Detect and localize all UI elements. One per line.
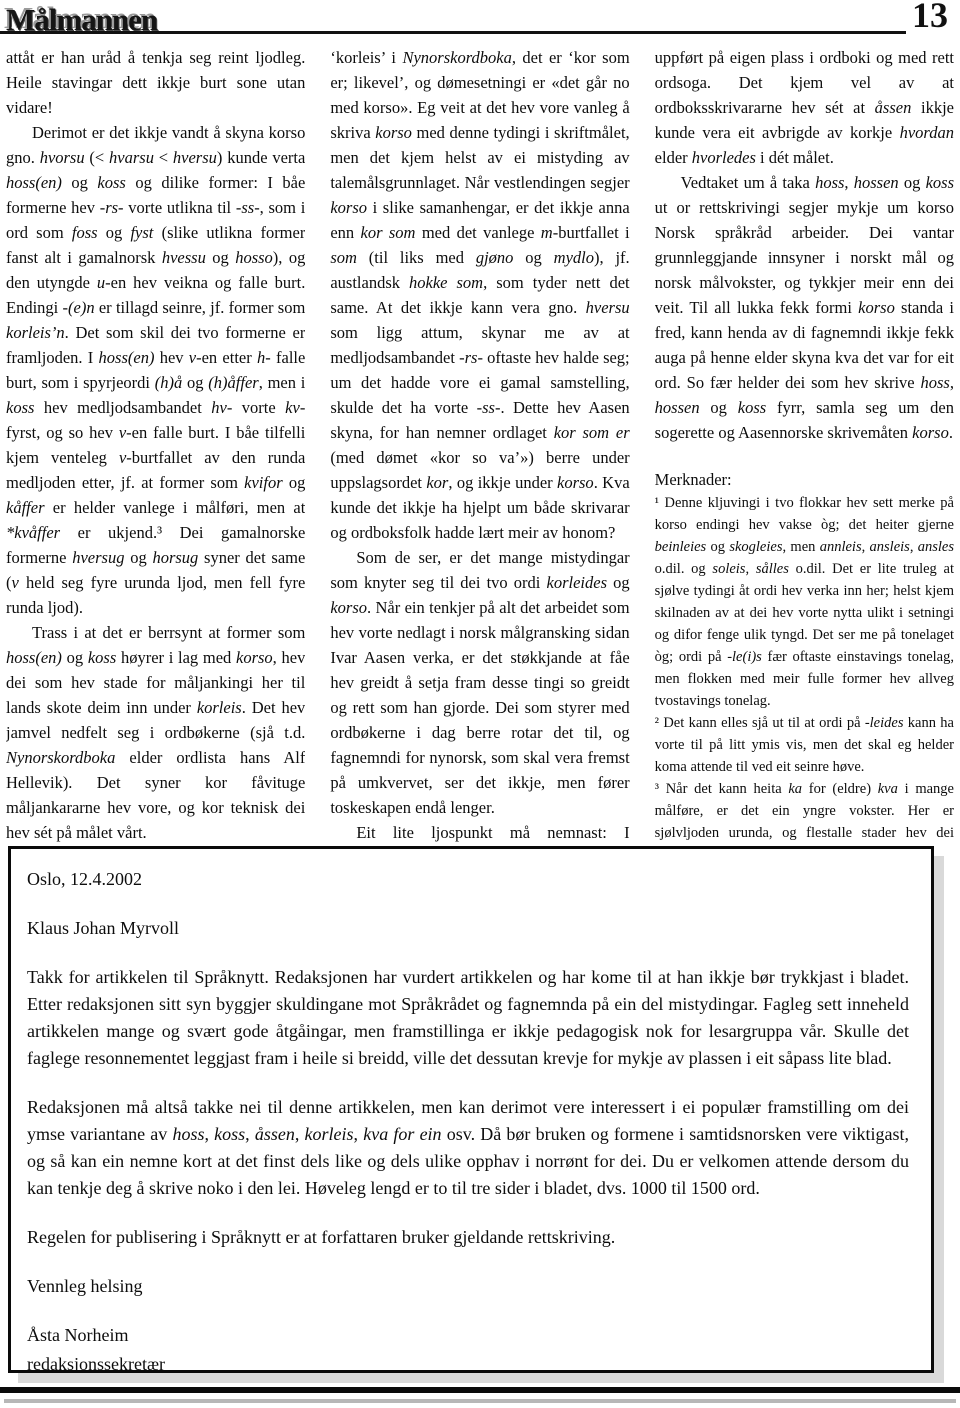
letter-signature-role: redaksjonssekretær bbox=[27, 1351, 909, 1373]
footnote: ³ Når det kann heita ka for (eldre) kva … bbox=[655, 778, 954, 843]
notes-heading: Merknader: bbox=[655, 467, 954, 492]
paragraph: Som de ser, er det mange mistydingar som… bbox=[330, 545, 629, 820]
rejection-letter-box: Oslo, 12.4.2002 Klaus Johan Myrvoll Takk… bbox=[8, 846, 934, 1373]
paragraph: Eit lite ljospunkt må nemnast: I Bokmåls… bbox=[330, 820, 629, 843]
letter-paragraph: Redaksjonen må altså takke nei til denne… bbox=[27, 1094, 909, 1202]
letter-closing: Vennleg helsing bbox=[27, 1273, 909, 1300]
paragraph: uppført på eigen plass i ordboki og med … bbox=[655, 45, 954, 170]
footer-divider-gray bbox=[4, 1399, 956, 1403]
article-body: attåt er han uråd å tenkja seg reint ljo… bbox=[6, 45, 954, 843]
paragraph: ‘korleis’ i Nynorskordboka, det er ‘kor … bbox=[330, 45, 629, 545]
paragraph: attåt er han uråd å tenkja seg reint ljo… bbox=[6, 45, 305, 120]
page-header: Målmannen 13 bbox=[0, 0, 960, 44]
footnote: ² Det kann elles sjå ut til at ordi på -… bbox=[655, 712, 954, 778]
footnote: ¹ Denne kljuvingi i tvo flokkar hev sett… bbox=[655, 492, 954, 712]
article-column-3: uppført på eigen plass i ordboki og med … bbox=[655, 45, 954, 843]
letter-paragraph: Regelen for publisering i Språknytt er a… bbox=[27, 1224, 909, 1251]
paragraph: Vedtaket um å taka hoss, hossen og koss … bbox=[655, 170, 954, 445]
letter-date: Oslo, 12.4.2002 bbox=[27, 866, 909, 893]
article-column-2: ‘korleis’ i Nynorskordboka, det er ‘kor … bbox=[330, 45, 629, 843]
page-number: 13 bbox=[912, 0, 948, 36]
header-divider bbox=[0, 31, 906, 34]
footer-divider-black bbox=[0, 1387, 960, 1393]
letter-signature: Åsta Norheim bbox=[27, 1322, 909, 1349]
letter-paragraph: Takk for artikkelen til Språknytt. Redak… bbox=[27, 964, 909, 1072]
paragraph: Trass i at det er berrsynt at former som… bbox=[6, 620, 305, 843]
letter-author: Klaus Johan Myrvoll bbox=[27, 915, 909, 942]
paragraph: Derimot er det ikkje vandt å skyna korso… bbox=[6, 120, 305, 620]
article-column-1: attåt er han uråd å tenkja seg reint ljo… bbox=[6, 45, 305, 843]
